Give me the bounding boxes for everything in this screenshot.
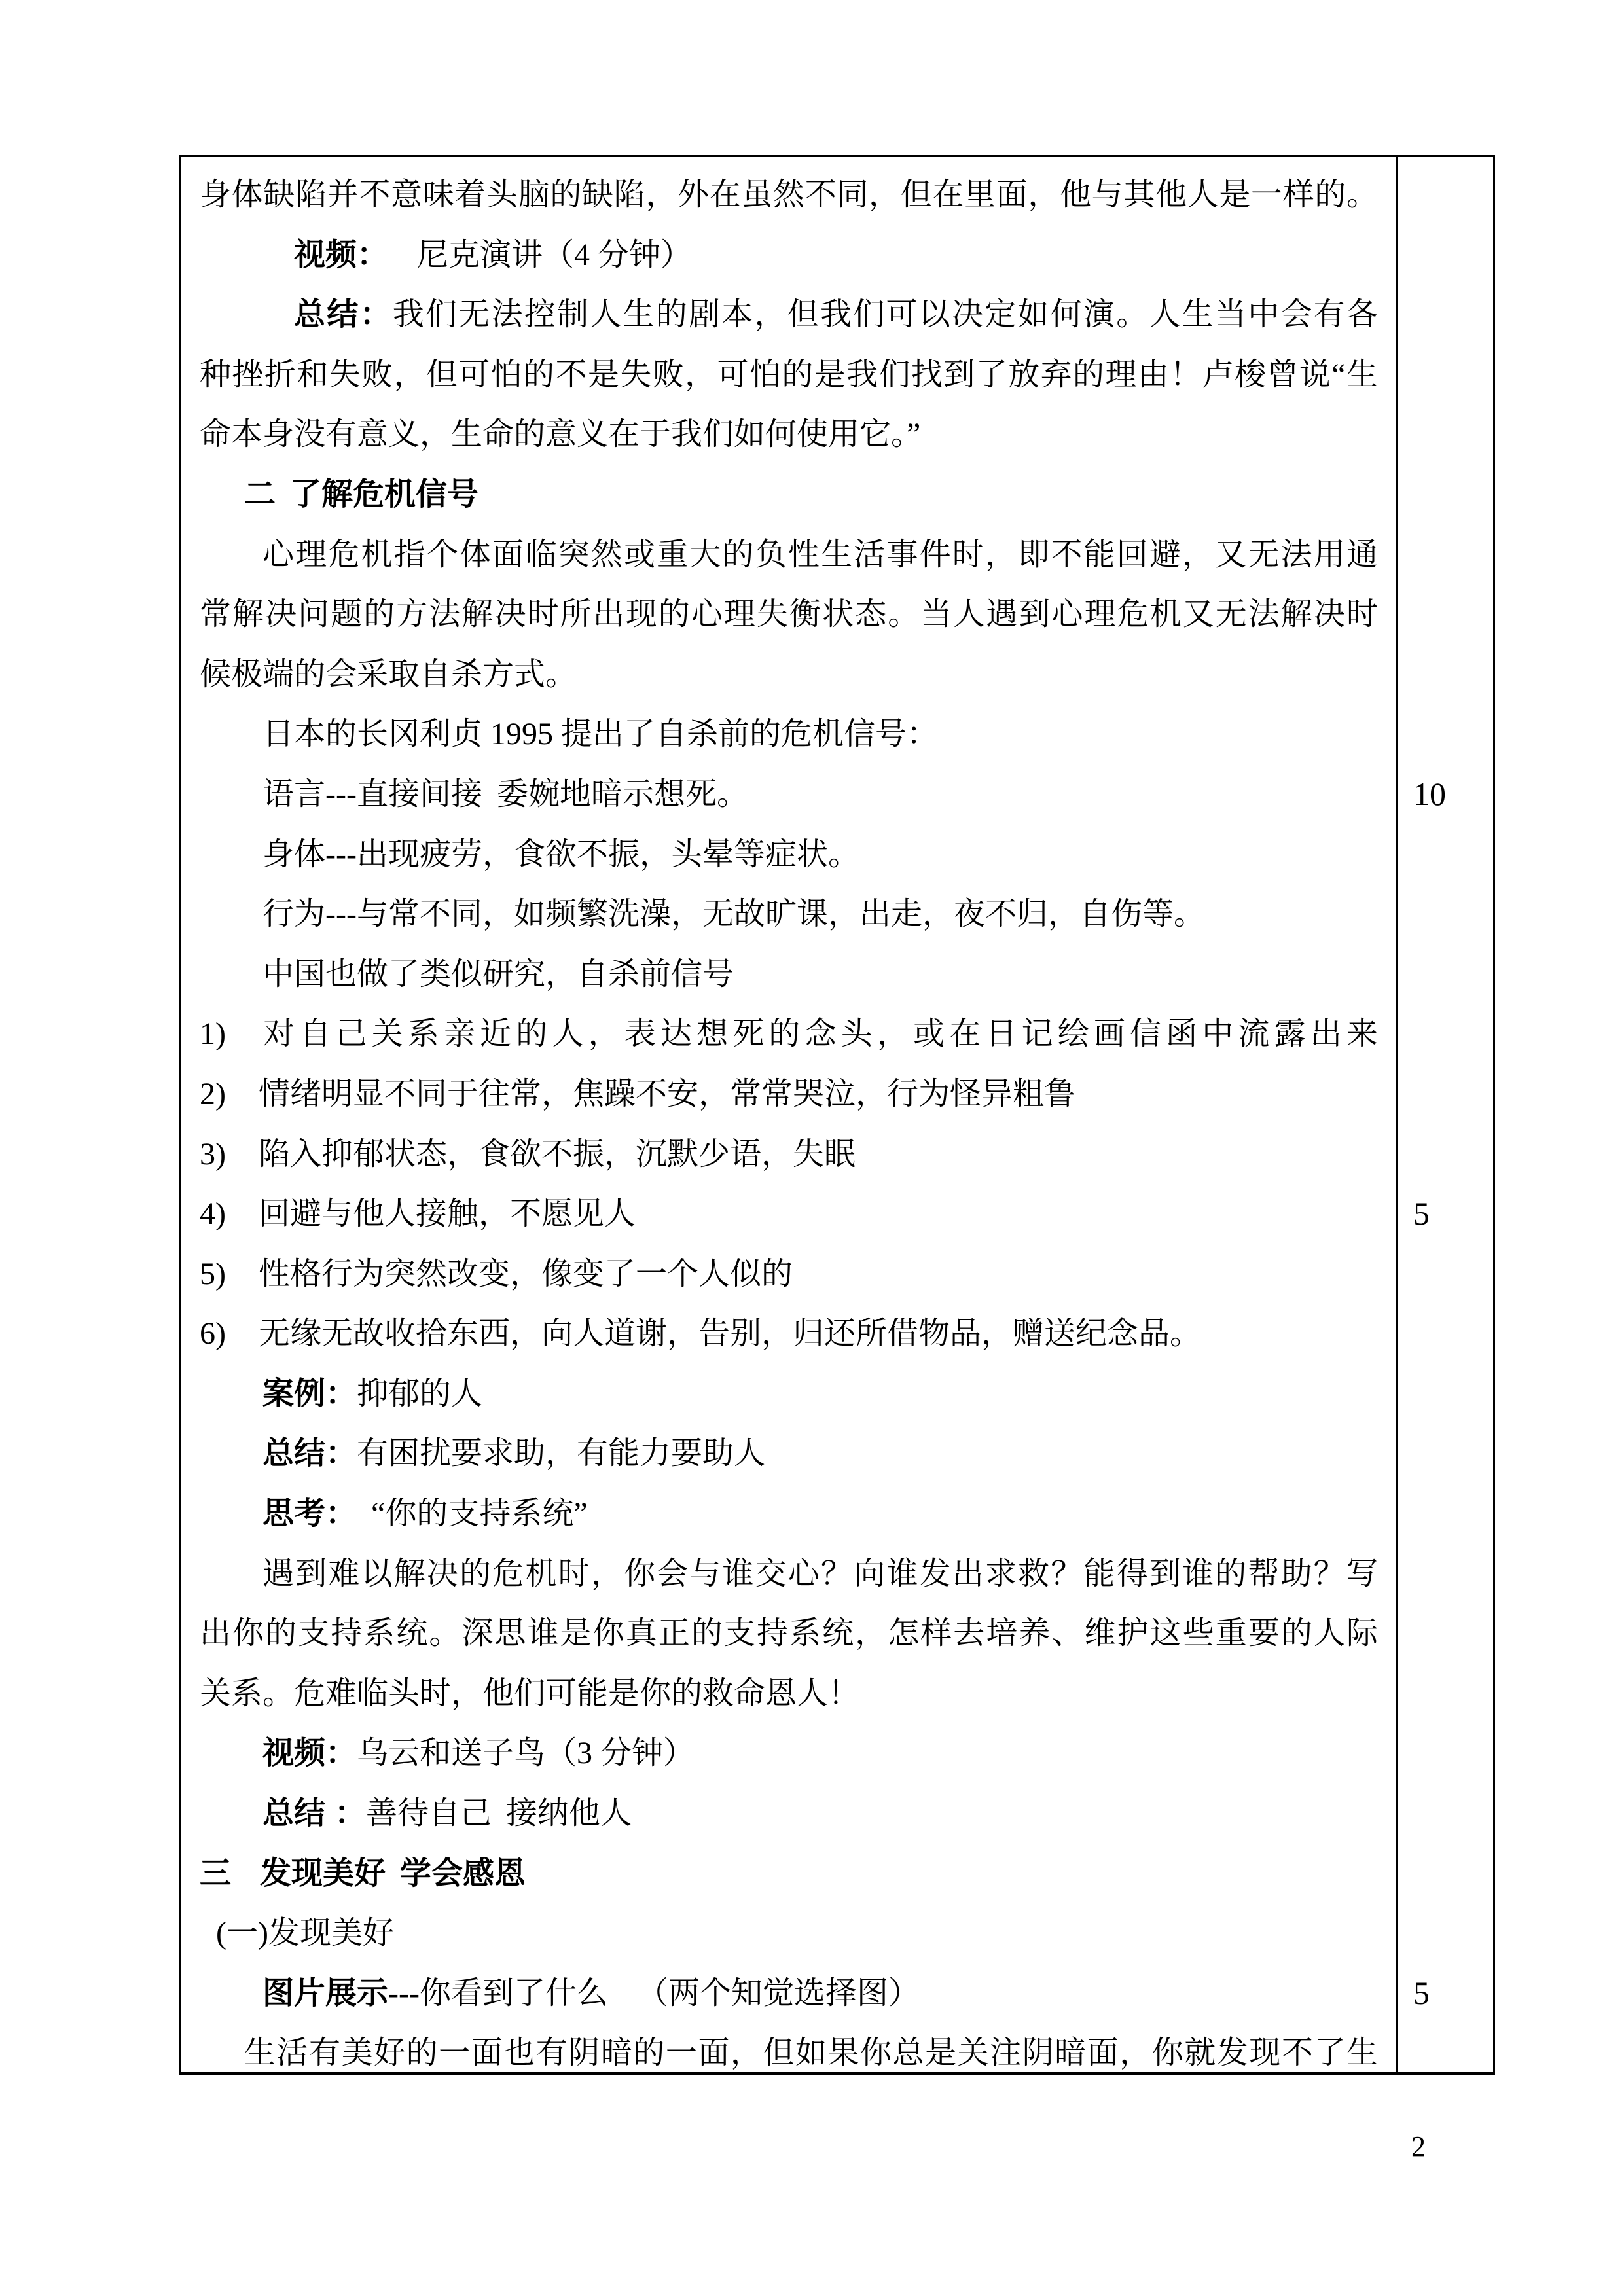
doc-line-14: 中国也做了类似研究，自杀前信号 <box>200 944 1378 1005</box>
list-number: 6) <box>200 1304 259 1364</box>
bold-text-run: 思考： <box>262 1496 357 1531</box>
text-run: 日本的长冈利贞 1995 提出了自杀前的危机信号： <box>262 717 938 751</box>
text-run: 陷入抑郁状态，食欲不振，沉默少语，失眠 <box>259 1137 856 1172</box>
text-run: 出你的支持系统。深思谁是你真正的支持系统，怎样去培养、维护这些重要的人际 <box>200 1616 1378 1651</box>
bold-text-run: 总结： <box>262 1436 357 1471</box>
text-run: ---你看到了什么 <box>388 1976 608 2011</box>
bold-text-run: ： <box>334 1796 366 1831</box>
doc-line-6: 二了解危机信号 <box>200 465 1378 525</box>
doc-line-5: 命本身没有意义，生命的意义在于我们如何使用它。” <box>200 404 1378 465</box>
doc-line-2: 视频：尼克演讲（4 分钟） <box>200 225 1378 285</box>
doc-line-3: 总结：我们无法控制人生的剧本，但我们可以决定如何演。人生当中会有各 <box>200 285 1378 345</box>
bold-text-run: 总结 <box>262 1796 325 1831</box>
bold-text-run: 视频： <box>262 1736 357 1770</box>
text-run: 对自己关系亲近的人，表达想死的念头，或在日记绘画信函中流露出来 <box>259 1016 1378 1051</box>
lesson-content-cell: 身体缺陷并不意味着头脑的缺陷，外在虽然不同，但在里面，他与其他人是一样的。视频：… <box>200 165 1378 2083</box>
text-run: 常解决问题的方法解决时所出现的心理失衡状态。当人遇到心理危机又无法解决时 <box>200 597 1378 632</box>
bold-text-run: 二 <box>244 477 276 512</box>
text-run: 委婉地暗示想死。 <box>497 777 748 812</box>
text-run: 心理危机指个体面临突然或重大的负性生活事件时，即不能回避，又无法用通 <box>262 537 1378 572</box>
text-run: 中国也做了类似研究，自杀前信号 <box>262 957 734 992</box>
score-value-1: 10 <box>1413 764 1446 825</box>
score-value-3: 5 <box>1413 1964 1430 2024</box>
text-run: 善待自己 <box>366 1796 492 1831</box>
bold-text-run: 学会感恩 <box>400 1856 526 1891</box>
text-run: 关系。危难临头时，他们可能是你的救命恩人！ <box>200 1676 859 1711</box>
doc-line-27: 视频：乌云和送子鸟（3 分钟） <box>200 1723 1378 1784</box>
list-number: 3) <box>200 1124 259 1185</box>
doc-line-4: 种挫折和失败，但可怕的不是失败，可怕的是我们找到了放弃的理由！卢梭曾说“生 <box>200 345 1378 405</box>
bold-text-run: 总结： <box>294 297 393 332</box>
bold-text-run: 图片展示 <box>262 1976 388 2011</box>
text-gap <box>492 1823 506 1823</box>
text-run: “你的支持系统” <box>371 1496 588 1531</box>
lesson-plan-table: 身体缺陷并不意味着头脑的缺陷，外在虽然不同，但在里面，他与其他人是一样的。视频：… <box>179 155 1495 2075</box>
text-run: 抑郁的人 <box>357 1376 482 1411</box>
doc-line-10: 日本的长冈利贞 1995 提出了自杀前的危机信号： <box>200 704 1378 764</box>
doc-line-1: 身体缺陷并不意味着头脑的缺陷，外在虽然不同，但在里面，他与其他人是一样的。 <box>200 165 1378 225</box>
text-run: 回避与他人接触，不愿见人 <box>259 1196 636 1231</box>
text-run: 乌云和送子鸟（3 分钟） <box>357 1736 695 1770</box>
doc-line-13: 行为---与常不同，如频繁洗澡，无故旷课，出走，夜不归，自伤等。 <box>200 884 1378 944</box>
bold-text-run: 发现美好 <box>260 1856 386 1891</box>
text-run: 遇到难以解决的危机时，你会与谁交心？向谁发出求救？能得到谁的帮助？写 <box>262 1556 1378 1591</box>
text-run: 身体缺陷并不意味着头脑的缺陷，外在虽然不同，但在里面，他与其他人是一样的。 <box>200 177 1378 212</box>
text-gap <box>231 1883 260 1884</box>
time-score-column: 1055 <box>1398 157 1497 2072</box>
list-number: 5) <box>200 1244 259 1304</box>
doc-line-24: 遇到难以解决的危机时，你会与谁交心？向谁发出求救？能得到谁的帮助？写 <box>200 1544 1378 1604</box>
list-number: 4) <box>200 1184 259 1244</box>
doc-line-8: 常解决问题的方法解决时所出现的心理失衡状态。当人遇到心理危机又无法解决时 <box>200 584 1378 645</box>
text-run: 生活有美好的一面也有阴暗的一面，但如果你总是关注阴暗面，你就发现不了生 <box>244 2036 1378 2070</box>
text-run: 命本身没有意义，生命的意义在于我们如何使用它。” <box>200 417 920 452</box>
text-run: （两个知觉选择图） <box>637 1976 920 2011</box>
doc-line-11: 语言---直接间接委婉地暗示想死。 <box>200 764 1378 825</box>
doc-line-21: 案例：抑郁的人 <box>200 1364 1378 1424</box>
doc-line-7: 心理危机指个体面临突然或重大的负性生活事件时，即不能回避，又无法用通 <box>200 525 1378 585</box>
list-number: 2) <box>200 1064 259 1124</box>
page-number: 2 <box>1411 2118 1451 2176</box>
bold-text-run: 三 <box>200 1856 231 1891</box>
text-run: 我们无法控制人生的剧本，但我们可以决定如何演。人生当中会有各 <box>393 297 1378 332</box>
doc-line-26: 关系。危难临头时，他们可能是你的救命恩人！ <box>200 1664 1378 1724</box>
doc-line-18: 4)回避与他人接触，不愿见人 <box>200 1184 1378 1244</box>
text-gap <box>482 804 497 804</box>
text-run: (一)发现美好 <box>216 1916 394 1950</box>
text-run: 种挫折和失败，但可怕的不是失败，可怕的是我们找到了放弃的理由！卢梭曾说“生 <box>200 357 1378 392</box>
text-gap <box>325 1823 334 1823</box>
doc-line-15: 1)对自己关系亲近的人，表达想死的念头，或在日记绘画信函中流露出来 <box>200 1004 1378 1064</box>
doc-line-17: 3)陷入抑郁状态，食欲不振，沉默少语，失眠 <box>200 1124 1378 1185</box>
text-run: 语言---直接间接 <box>262 777 482 812</box>
text-run: 身体---出现疲劳，食欲不振，头晕等症状。 <box>262 837 859 872</box>
text-run: 性格行为突然改变，像变了一个人似的 <box>259 1257 793 1291</box>
text-gap <box>276 504 290 505</box>
bold-text-run: 视频： <box>294 238 388 272</box>
doc-line-9: 候极端的会采取自杀方式。 <box>200 645 1378 705</box>
text-gap <box>388 264 417 265</box>
text-run: 尼克演讲（4 分钟） <box>417 238 692 272</box>
text-gap <box>386 1883 400 1884</box>
doc-line-23: 思考：“你的支持系统” <box>200 1484 1378 1544</box>
doc-line-25: 出你的支持系统。深思谁是你真正的支持系统，怎样去培养、维护这些重要的人际 <box>200 1604 1378 1664</box>
text-run: 候极端的会采取自杀方式。 <box>200 657 577 692</box>
bold-text-run: 了解危机信号 <box>290 477 478 512</box>
bold-text-run: 案例： <box>262 1376 357 1411</box>
text-run: 情绪明显不同于往常，焦躁不安，常常哭泣，行为怪异粗鲁 <box>259 1077 1075 1111</box>
doc-line-29: 三发现美好学会感恩 <box>200 1844 1378 1904</box>
text-run: 无缘无故收拾东西，向人道谢，告别，归还所借物品，赠送纪念品。 <box>259 1316 1201 1351</box>
score-value-2: 5 <box>1413 1184 1430 1244</box>
text-gap <box>608 2003 637 2003</box>
text-run: 行为---与常不同，如频繁洗澡，无故旷课，出走，夜不归，自伤等。 <box>262 897 1205 931</box>
document-page: { "document": { "page_number": "2", "sco… <box>0 0 1624 2296</box>
doc-line-30: (一)发现美好 <box>200 1903 1378 1964</box>
doc-line-12: 身体---出现疲劳，食欲不振，头晕等症状。 <box>200 825 1378 885</box>
list-number: 1) <box>200 1004 259 1064</box>
text-run: 接纳他人 <box>506 1796 632 1831</box>
doc-line-28: 总结：善待自己接纳他人 <box>200 1784 1378 1844</box>
text-gap <box>357 1523 371 1524</box>
doc-line-32: 生活有美好的一面也有阴暗的一面，但如果你总是关注阴暗面，你就发现不了生 <box>200 2023 1378 2083</box>
doc-line-20: 6)无缘无故收拾东西，向人道谢，告别，归还所借物品，赠送纪念品。 <box>200 1304 1378 1364</box>
text-run: 有困扰要求助，有能力要助人 <box>357 1436 765 1471</box>
doc-line-16: 2)情绪明显不同于往常，焦躁不安，常常哭泣，行为怪异粗鲁 <box>200 1064 1378 1124</box>
doc-line-19: 5)性格行为突然改变，像变了一个人似的 <box>200 1244 1378 1304</box>
doc-line-22: 总结：有困扰要求助，有能力要助人 <box>200 1424 1378 1484</box>
doc-line-31: 图片展示---你看到了什么（两个知觉选择图） <box>200 1964 1378 2024</box>
